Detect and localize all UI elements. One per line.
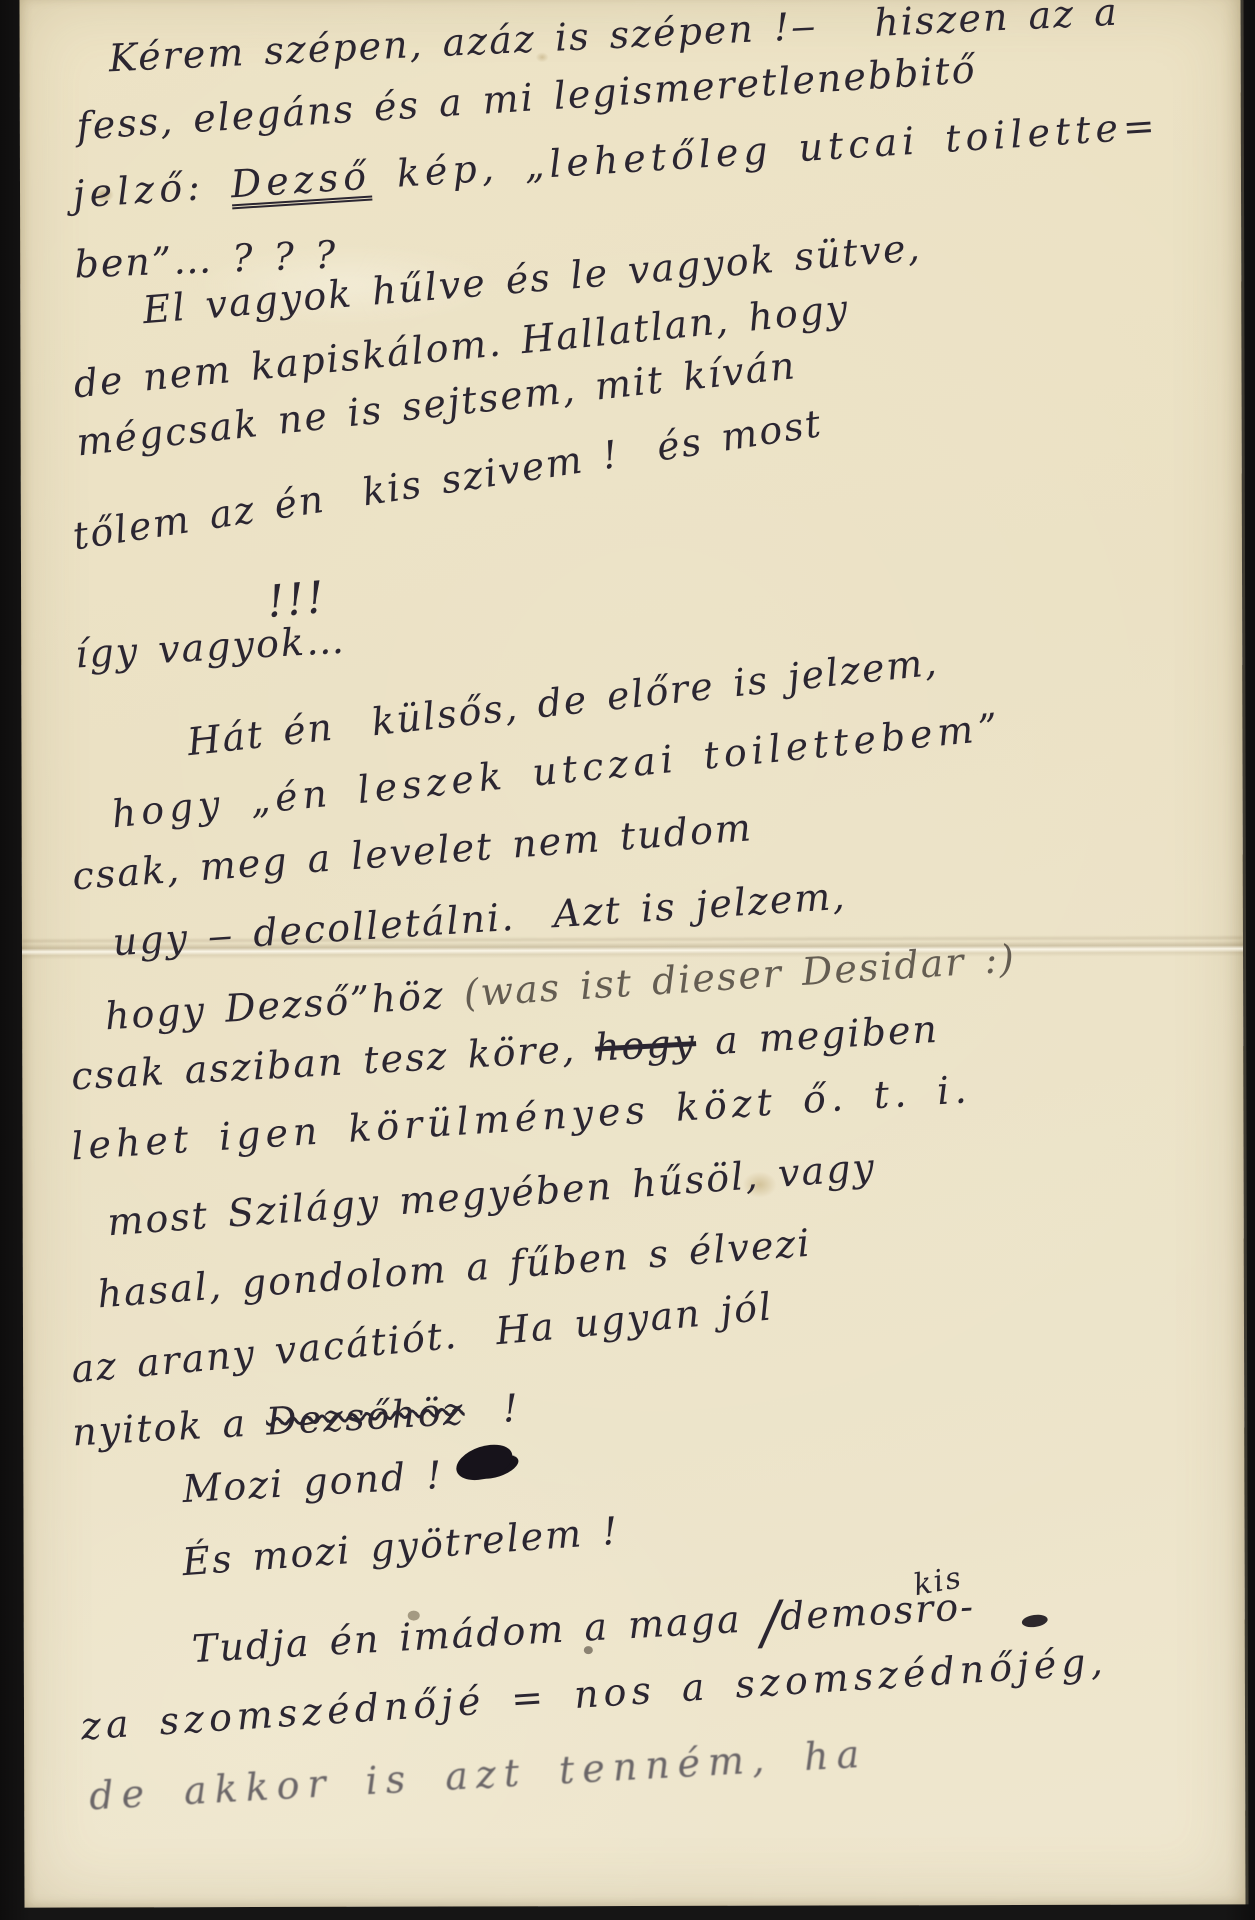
line-text: hogy Dezső”höz — [104, 972, 466, 1039]
line-text: a megiben — [695, 1007, 940, 1064]
crossed-out-word: hogy — [594, 1020, 697, 1069]
line-text: jelző: — [71, 162, 232, 216]
line-text: Tudja én imádom a maga — [191, 1596, 762, 1671]
ink-blot — [452, 1438, 517, 1486]
letter-line: de akkor is azt tenném, ha — [88, 1735, 868, 1816]
letter-line: így vagyok… — [74, 621, 347, 674]
letter-line: nyitok a Dezsőhöz ! — [71, 1389, 521, 1452]
line-text: csak asziban tesz köre, — [70, 1026, 596, 1099]
line-text: ! — [463, 1386, 521, 1433]
ink-blot — [1021, 1613, 1048, 1629]
crossed-out-word: Dezsőhöz — [265, 1389, 466, 1444]
exclamation-marks: !!! — [265, 576, 328, 625]
letter-line: És mozi gyötrelem ! — [181, 1512, 621, 1582]
line-text: nyitok a — [71, 1400, 267, 1455]
letter-line: Mozi gond ! — [181, 1456, 444, 1508]
underlined-word: Dezső — [229, 154, 372, 207]
line-text: demosro- — [779, 1584, 976, 1639]
letter-page: Kérem szépen, azáz is szépen !‒ hiszen a… — [19, 0, 1245, 1908]
